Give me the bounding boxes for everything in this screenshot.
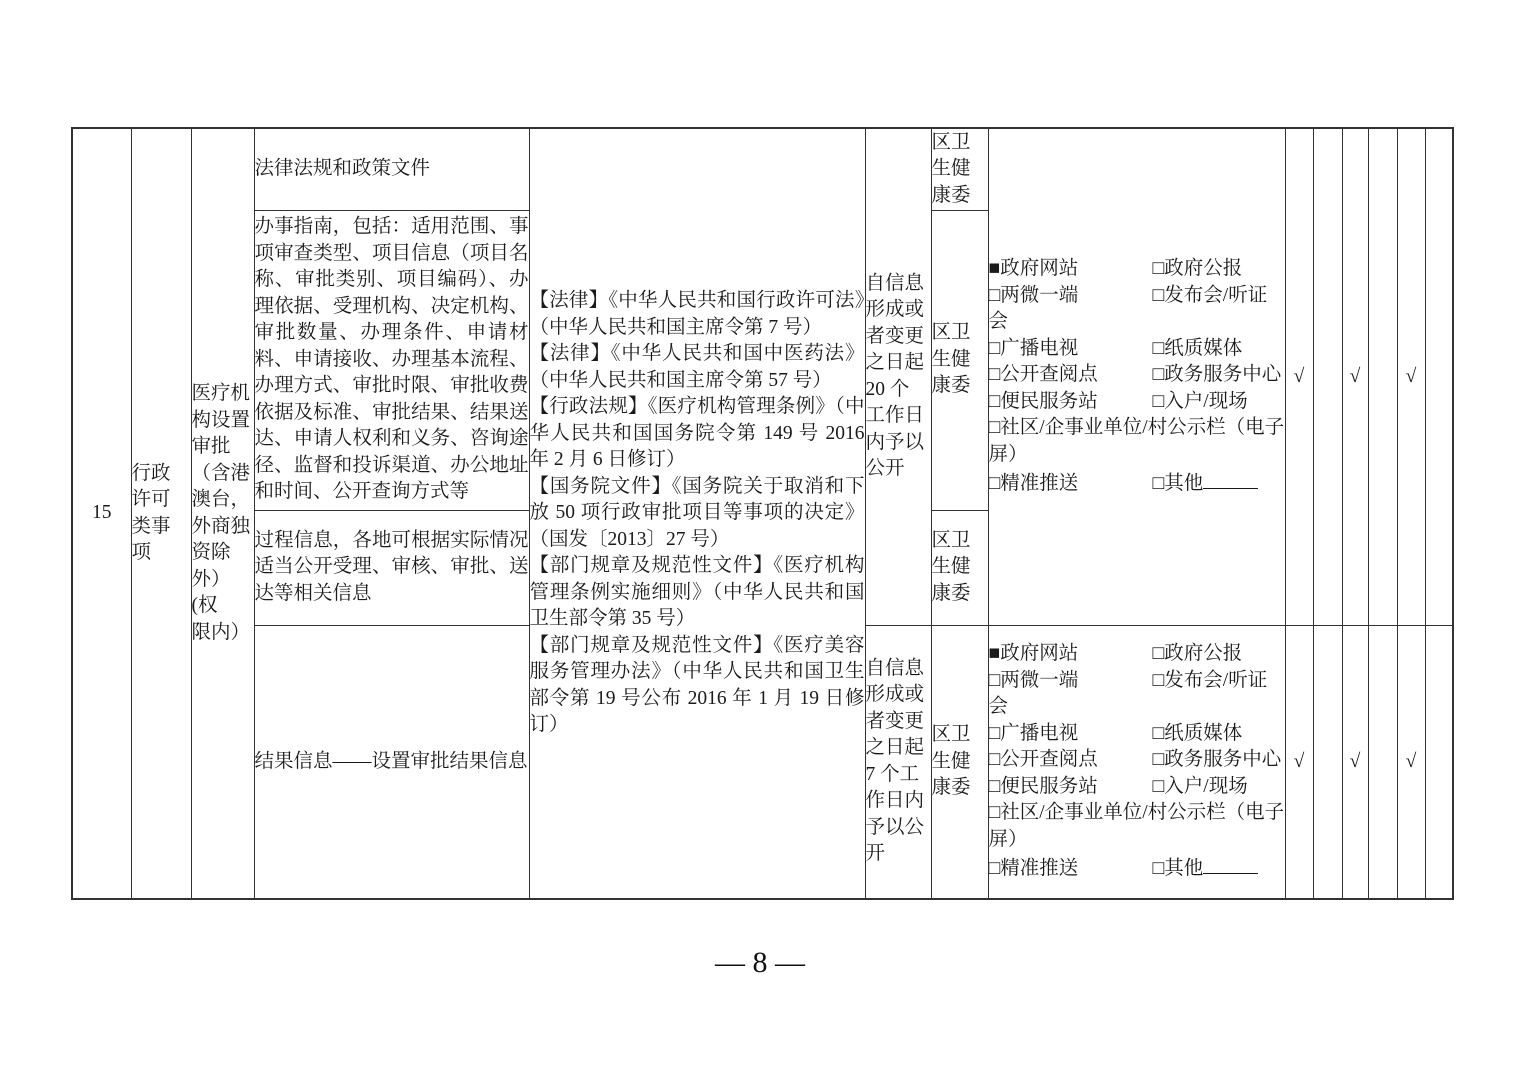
channel-label: 纸质媒体 xyxy=(1164,723,1242,744)
channel-label: 入户/现场 xyxy=(1164,391,1247,412)
channel-line: □两微一端□发布会/听证会 xyxy=(989,668,1285,721)
channel-label: 两微一端 xyxy=(1000,670,1078,691)
channel-label: 社区/企事业单位/村公示栏（电子屏） xyxy=(989,417,1285,465)
checkbox-unchecked-icon: □ xyxy=(989,338,1001,359)
checkbox-unchecked-icon: □ xyxy=(1153,749,1165,770)
agency-cell-1: 区卫 生健 康委 xyxy=(931,128,988,210)
checkbox-unchecked-icon: □ xyxy=(989,473,1001,494)
channel-item: □政务服务中心 xyxy=(1153,364,1282,385)
channel-item: ■政府网站 xyxy=(989,641,1153,668)
checkbox-unchecked-icon: □ xyxy=(989,364,1001,385)
checkbox-unchecked-icon: □ xyxy=(1153,643,1165,664)
checkbox-unchecked-icon: □ xyxy=(989,776,1001,797)
checkbox-unchecked-icon: □ xyxy=(1153,473,1165,494)
legal-basis-3: 【行政法规】《医疗机构管理条例》（中华人民共和国国务院令第 149 号 2016… xyxy=(530,394,865,474)
channel-line: □便民服务站□入户/现场 xyxy=(989,389,1285,416)
channels-cell-upper: ■政府网站□政府公报□两微一端□发布会/听证会□广播电视□纸质媒体□公开查阅点□… xyxy=(988,128,1285,625)
channel-label: 公开查阅点 xyxy=(1000,749,1098,770)
mark-col1-lower: √ xyxy=(1285,625,1313,899)
channel-label: 广播电视 xyxy=(1000,723,1078,744)
mark-col2-lower xyxy=(1313,625,1342,899)
page-number: — 8 — xyxy=(0,946,1520,980)
checkbox-checked-icon: ■ xyxy=(989,643,1001,664)
checkbox-unchecked-icon: □ xyxy=(1153,338,1165,359)
channel-line: □精准推送□其他 xyxy=(989,853,1285,883)
channel-item: □广播电视 xyxy=(989,336,1153,363)
mark-col2-upper xyxy=(1313,128,1342,625)
channel-item: □公开查阅点 xyxy=(989,362,1153,389)
content-service-guide: 办事指南，包括：适用范围、事项审查类型、项目信息（项目名称、审批类别、项目编码）… xyxy=(254,210,529,510)
channel-label: 精准推送 xyxy=(1000,858,1078,879)
channel-label: 政府网站 xyxy=(1000,258,1078,279)
channel-line: □公开查阅点□政务服务中心 xyxy=(989,747,1285,774)
channel-label: 两微一端 xyxy=(1000,285,1078,306)
legal-basis-5: 【部门规章及规范性文件】《医疗机构管理条例实施细则》（中华人民共和国卫生部令第 … xyxy=(530,553,865,633)
checkbox-unchecked-icon: □ xyxy=(1153,364,1165,385)
item-category: 行政 许可 类事 项 xyxy=(131,128,191,899)
channel-item: ■政府网站 xyxy=(989,256,1153,283)
channel-item: □纸质媒体 xyxy=(1153,723,1243,744)
content-laws-policies: 法律法规和政策文件 xyxy=(254,128,529,210)
channel-line: □便民服务站□入户/现场 xyxy=(989,774,1285,801)
legal-basis-cell: 【法律】《中华人民共和国行政许可法》（中华人民共和国主席令第 7 号） 【法律】… xyxy=(529,128,865,899)
legal-basis-6: 【部门规章及规范性文件】《医疗美容服务管理办法》（中华人民共和国卫生部令第 19… xyxy=(530,633,865,739)
legal-basis-1: 【法律】《中华人民共和国行政许可法》（中华人民共和国主席令第 7 号） xyxy=(530,288,865,341)
document-page: 15 行政 许可 类事 项 医疗机 构设置 审批 （含港 澳台， 外商独 资除 … xyxy=(0,0,1520,1074)
deadline-7-days: 自信息 形成或 者变更 之日起 7 个工 作日内 予以公 开 xyxy=(865,625,931,899)
checkbox-unchecked-icon: □ xyxy=(1153,670,1165,691)
checkbox-unchecked-icon: □ xyxy=(989,723,1001,744)
channel-label: 社区/企事业单位/村公示栏（电子屏） xyxy=(989,802,1285,850)
channel-label: 入户/现场 xyxy=(1164,776,1247,797)
mark-col5-upper: √ xyxy=(1397,128,1425,625)
checkbox-unchecked-icon: □ xyxy=(989,417,1001,438)
row-number: 15 xyxy=(72,128,131,899)
channel-label: 便民服务站 xyxy=(1000,776,1098,797)
mark-col5-lower: √ xyxy=(1397,625,1425,899)
content-result-info: 结果信息——设置审批结果信息 xyxy=(254,625,529,899)
channel-item: □精准推送 xyxy=(989,471,1153,498)
agency-cell-3: 区卫 生健 康委 xyxy=(931,510,988,625)
channel-label: 政府公报 xyxy=(1164,643,1242,664)
checkbox-unchecked-icon: □ xyxy=(989,749,1001,770)
channel-item: □政府公报 xyxy=(1153,643,1243,664)
channel-item: □其他 xyxy=(1153,858,1259,879)
agency-cell-4: 区卫 生健 康委 xyxy=(931,625,988,899)
channel-line: □公开查阅点□政务服务中心 xyxy=(989,362,1285,389)
channel-item: □精准推送 xyxy=(989,856,1153,883)
channel-item: □入户/现场 xyxy=(1153,391,1248,412)
mark-col3-lower: √ xyxy=(1342,625,1368,899)
checkbox-unchecked-icon: □ xyxy=(989,670,1001,691)
channel-label: 其他 xyxy=(1164,858,1203,879)
disclosure-table: 15 行政 许可 类事 项 医疗机 构设置 审批 （含港 澳台， 外商独 资除 … xyxy=(71,127,1454,900)
mark-col3-upper: √ xyxy=(1342,128,1368,625)
channel-item: □纸质媒体 xyxy=(1153,338,1243,359)
checkbox-unchecked-icon: □ xyxy=(989,391,1001,412)
deadline-20-days: 自信息 形成或 者变更 之日起 20 个 工作日 内予以 公开 xyxy=(865,128,931,625)
channel-label: 政府网站 xyxy=(1000,643,1078,664)
channel-item: □社区/企事业单位/村公示栏（电子屏） xyxy=(989,417,1285,465)
channel-line: □精准推送□其他 xyxy=(989,468,1285,498)
checkbox-unchecked-icon: □ xyxy=(1153,858,1165,879)
channel-item: □社区/企事业单位/村公示栏（电子屏） xyxy=(989,802,1285,850)
checkbox-unchecked-icon: □ xyxy=(1153,285,1165,306)
checkbox-unchecked-icon: □ xyxy=(1153,723,1165,744)
channel-line: □社区/企事业单位/村公示栏（电子屏） xyxy=(989,800,1285,853)
channel-label: 广播电视 xyxy=(1000,338,1078,359)
channel-line: □广播电视□纸质媒体 xyxy=(989,336,1285,363)
channel-item: □政务服务中心 xyxy=(1153,749,1282,770)
channel-label: 政务服务中心 xyxy=(1164,364,1281,385)
channel-item: □两微一端 xyxy=(989,283,1153,310)
agency-cell-2: 区卫 生健 康委 xyxy=(931,210,988,510)
channel-line: □社区/企事业单位/村公示栏（电子屏） xyxy=(989,415,1285,468)
channel-line: ■政府网站□政府公报 xyxy=(989,256,1285,283)
channels-cell-lower: ■政府网站□政府公报□两微一端□发布会/听证会□广播电视□纸质媒体□公开查阅点□… xyxy=(988,625,1285,899)
channel-label: 其他 xyxy=(1164,473,1203,494)
checkbox-unchecked-icon: □ xyxy=(1153,391,1165,412)
blank-line xyxy=(1203,468,1258,489)
checkbox-unchecked-icon: □ xyxy=(1153,258,1165,279)
checkbox-unchecked-icon: □ xyxy=(1153,776,1165,797)
channel-line: □两微一端□发布会/听证会 xyxy=(989,283,1285,336)
channel-label: 便民服务站 xyxy=(1000,391,1098,412)
channel-item: □广播电视 xyxy=(989,721,1153,748)
mark-col4-lower xyxy=(1368,625,1397,899)
channel-item: □政府公报 xyxy=(1153,258,1243,279)
mark-col6-lower xyxy=(1425,625,1453,899)
channel-item: □其他 xyxy=(1153,473,1259,494)
mark-col1-upper: √ xyxy=(1285,128,1313,625)
channel-item: □入户/现场 xyxy=(1153,776,1248,797)
checkbox-checked-icon: ■ xyxy=(989,258,1001,279)
channel-label: 公开查阅点 xyxy=(1000,364,1098,385)
channel-item: □便民服务站 xyxy=(989,389,1153,416)
channel-label: 政务服务中心 xyxy=(1164,749,1281,770)
channel-label: 政府公报 xyxy=(1164,258,1242,279)
content-process-info: 过程信息，各地可根据实际情况适当公开受理、审核、审批、送达等相关信息 xyxy=(254,510,529,625)
blank-line xyxy=(1203,853,1258,874)
item-name: 医疗机 构设置 审批 （含港 澳台， 外商独 资除 外）(权 限内） xyxy=(191,128,254,899)
channel-line: ■政府网站□政府公报 xyxy=(989,641,1285,668)
mark-col6-upper xyxy=(1425,128,1453,625)
checkbox-unchecked-icon: □ xyxy=(989,802,1001,823)
checkbox-unchecked-icon: □ xyxy=(989,858,1001,879)
mark-col4-upper xyxy=(1368,128,1397,625)
channel-label: 纸质媒体 xyxy=(1164,338,1242,359)
channel-item: □便民服务站 xyxy=(989,774,1153,801)
channel-label: 精准推送 xyxy=(1000,473,1078,494)
channel-line: □广播电视□纸质媒体 xyxy=(989,721,1285,748)
legal-basis-4: 【国务院文件】《国务院关于取消和下放 50 项行政审批项目等事项的决定》（国发〔… xyxy=(530,474,865,554)
legal-basis-2: 【法律】《中华人民共和国中医药法》（中华人民共和国主席令第 57 号） xyxy=(530,341,865,394)
channel-item: □两微一端 xyxy=(989,668,1153,695)
channel-item: □公开查阅点 xyxy=(989,747,1153,774)
checkbox-unchecked-icon: □ xyxy=(989,285,1001,306)
